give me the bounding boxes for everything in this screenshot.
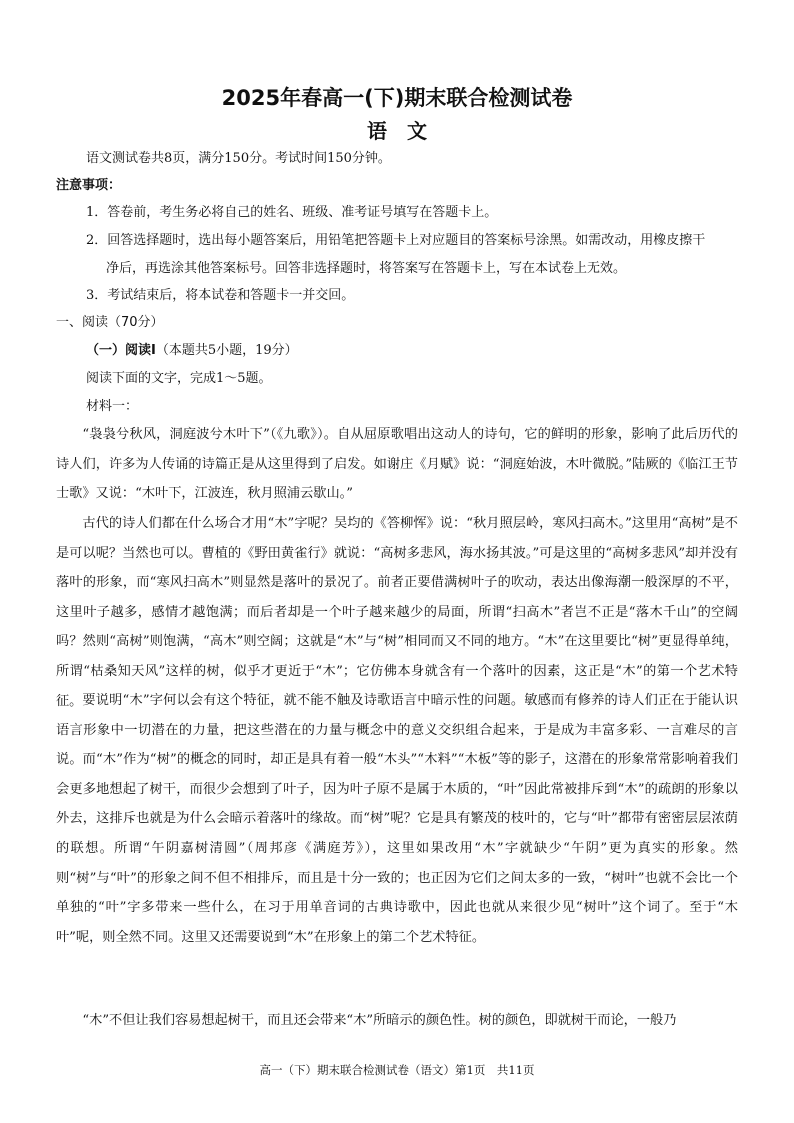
page-footer: 高一（下）期末联合检测试卷（语文）第1页 共11页 — [0, 1062, 794, 1078]
notice-item-1: 1．答卷前，考生务必将自己的姓名、班级、准考证号填写在答题卡上。 — [86, 204, 497, 222]
subsection-label: （一）阅读Ⅰ — [86, 343, 156, 358]
subsection-heading: （一）阅读Ⅰ（本题共5小题，19分） — [86, 342, 298, 360]
reading-instruction: 阅读下面的文字，完成1～5题。 — [86, 370, 272, 388]
section-heading: 一、阅读（70分） — [56, 314, 164, 332]
notice-heading: 注意事项： — [56, 177, 121, 195]
subject-title: 语文 — [0, 117, 794, 145]
material-label: 材料一： — [86, 398, 138, 416]
paragraph-3: 要说明“木”字何以会有这个特征，就不能不触及诗歌语言中暗示性的问题。敏感而有修养… — [56, 686, 738, 952]
subsection-info: （本题共5小题，19分） — [156, 343, 298, 358]
notice-item-3: 3．考试结束后，将本试卷和答题卡一并交回。 — [86, 287, 354, 305]
notice-item-2: 2．回答选择题时，选出每小题答案后，用铅笔把答题卡上对应题目的答案标号涂黑。如需… — [86, 232, 705, 250]
notice-item-2-continued: 净后，再选涂其他答案标号。回答非选择题时，将答案写在答题卡上，写在本试卷上无效。 — [106, 260, 626, 278]
exam-title: 2025年春高一(下)期末联合检测试卷 — [0, 84, 794, 112]
paragraph-1: “袅袅兮秋风，洞庭波兮木叶下”（《九歌》）。自从屈原歌唱出这动人的诗句，它的鲜明… — [56, 420, 738, 509]
exam-page: 2025年春高一(下)期末联合检测试卷 语文 语文测试卷共8页，满分150分。考… — [0, 0, 794, 1123]
paragraph-4: “木”不但让我们容易想起树干，而且还会带来“木”所暗示的颜色性。树的颜色，即就树… — [56, 1006, 738, 1036]
exam-intro: 语文测试卷共8页，满分150分。考试时间150分钟。 — [86, 150, 391, 168]
